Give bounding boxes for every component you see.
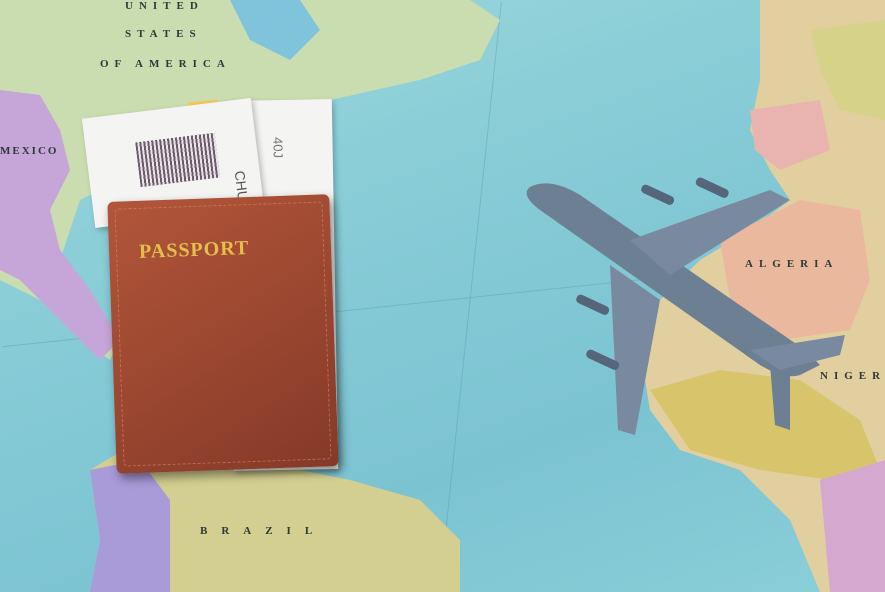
map-label-usa: STATES [125, 28, 202, 40]
photo-scene: UNITED STATES OF AMERICA MEXICO ALGERIA … [0, 0, 885, 592]
passport-title: PASSPORT [139, 237, 250, 264]
map-label-brazil: BRAZIL [200, 525, 326, 537]
seat-number: 40J [270, 137, 285, 158]
toy-airplane [520, 175, 860, 445]
barcode [135, 133, 220, 187]
passport: PASSPORT [107, 194, 338, 474]
map-label-usa: OF AMERICA [100, 58, 231, 70]
map-label-usa: UNITED [125, 0, 204, 12]
map-label-mexico: MEXICO [0, 145, 58, 157]
